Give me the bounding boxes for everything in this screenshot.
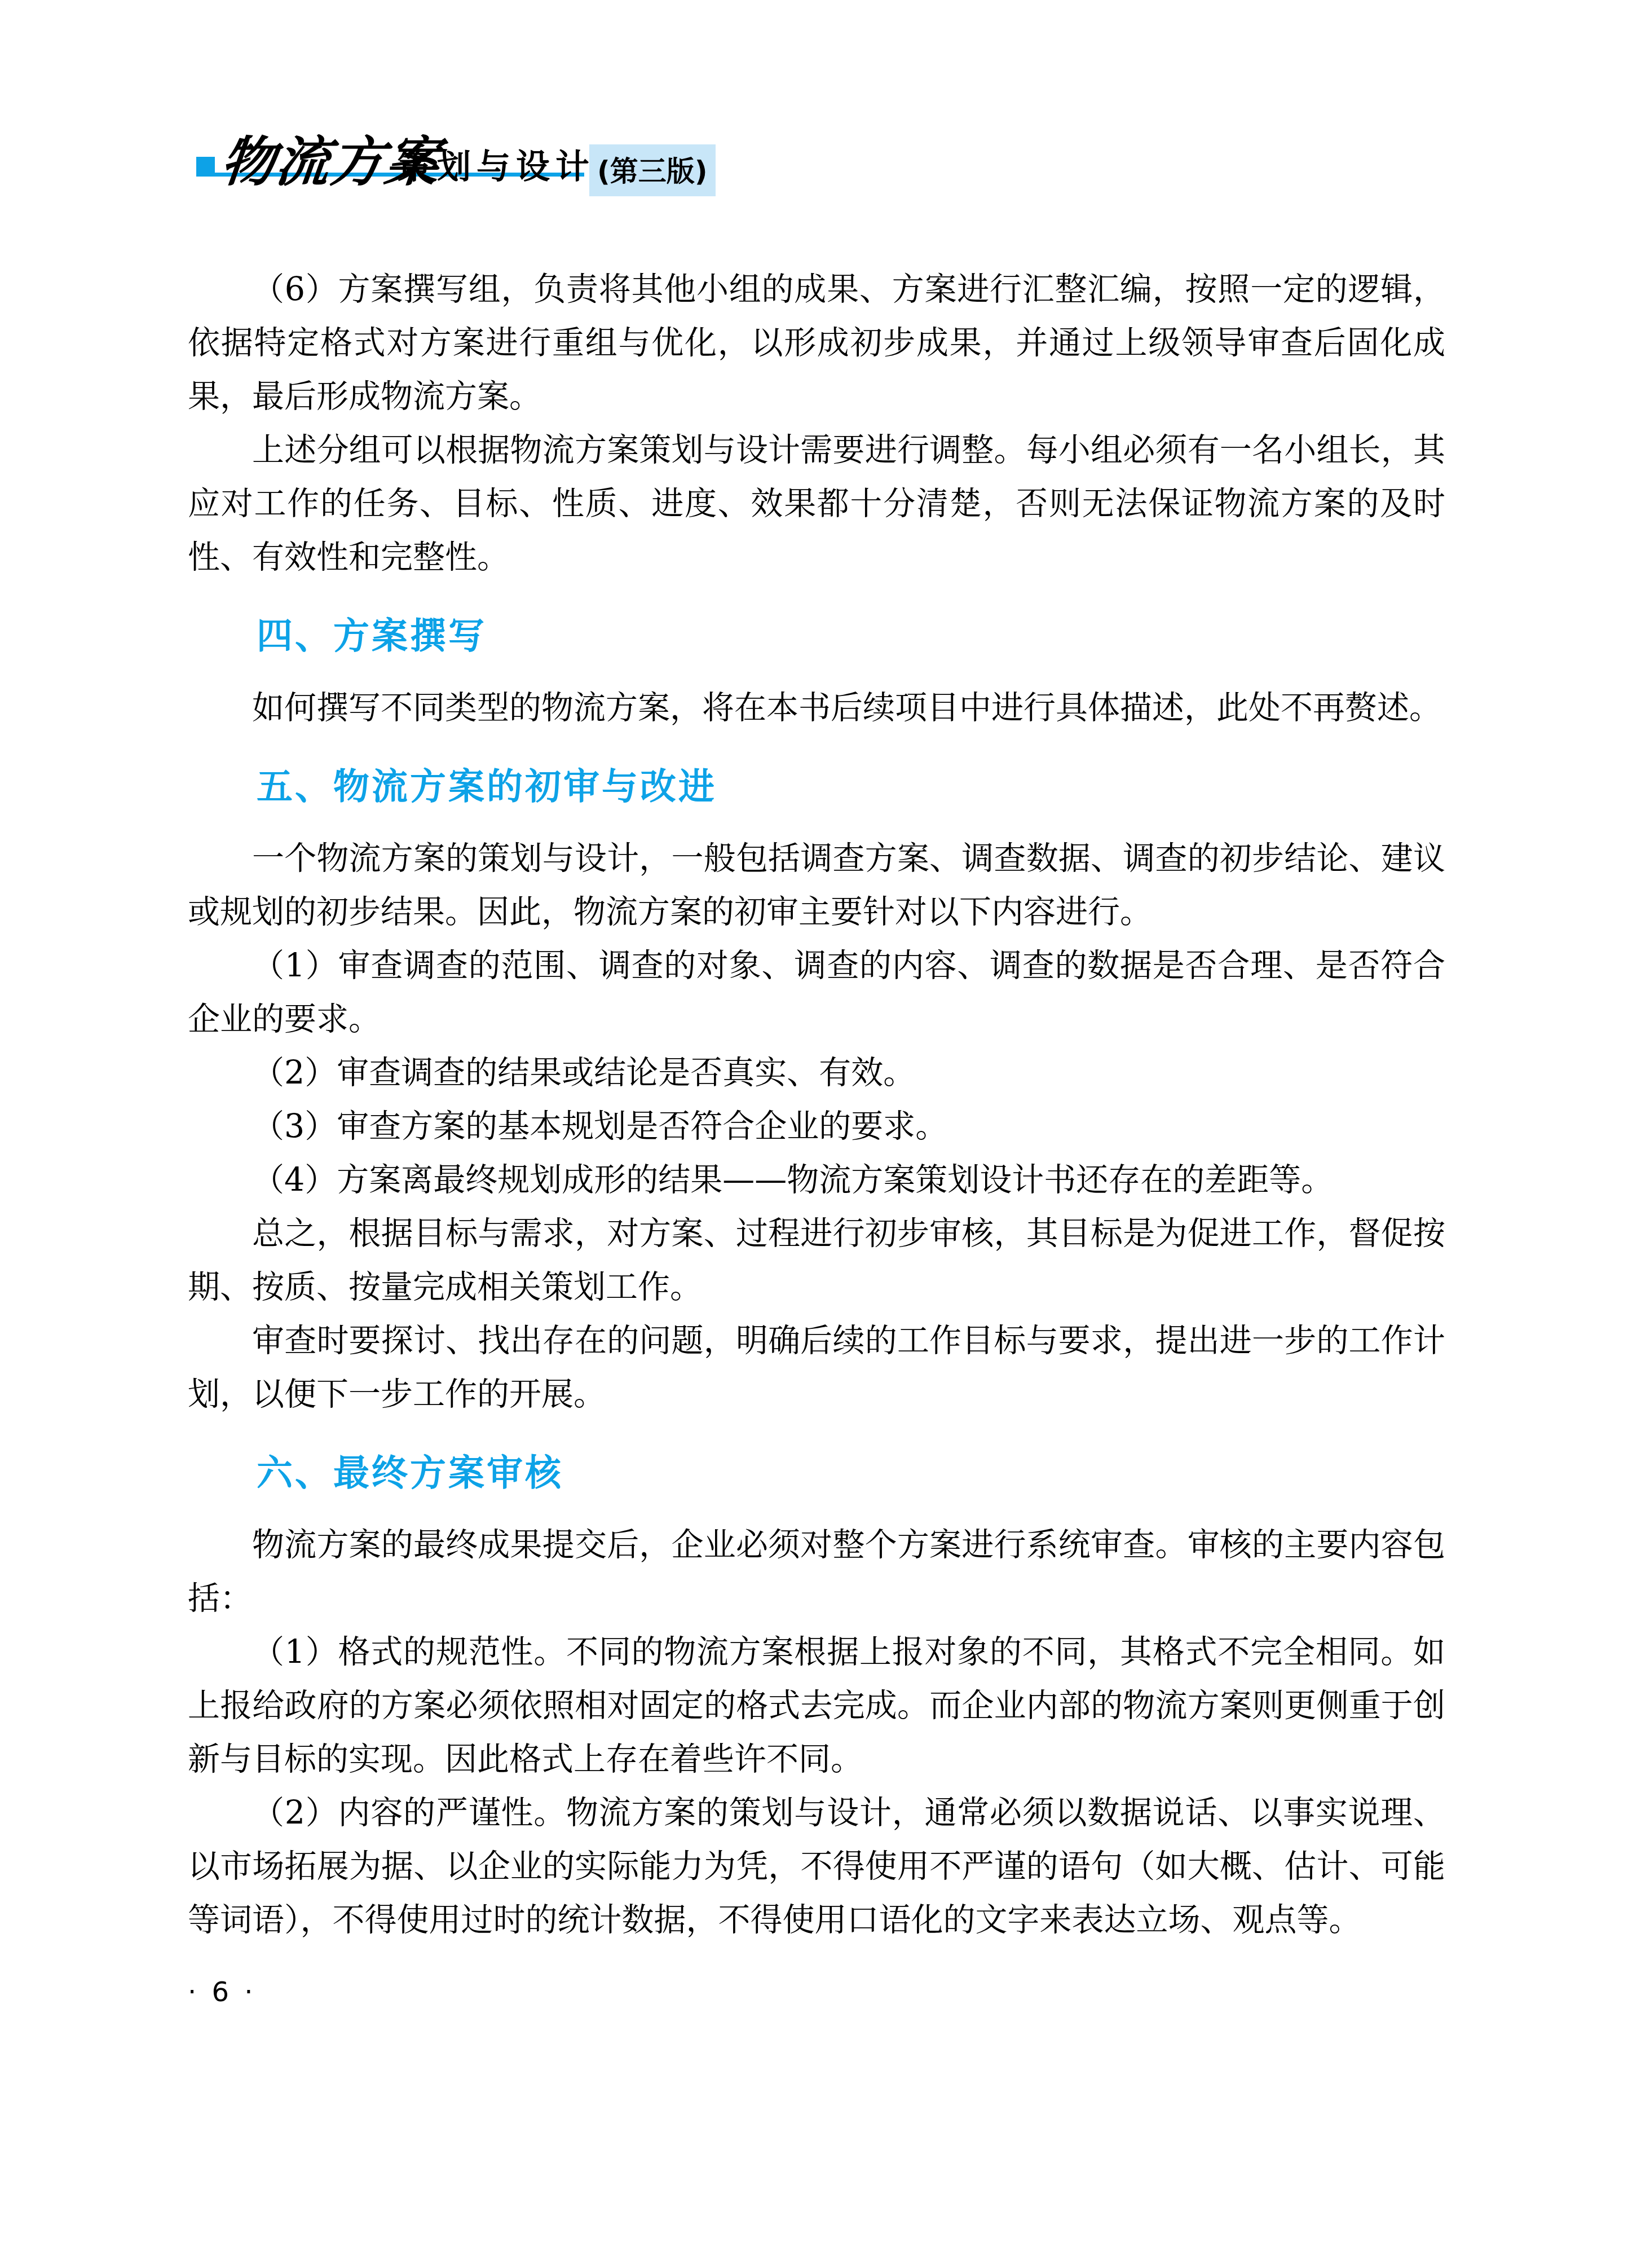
logo-subtitle: 策划与设计 bbox=[398, 140, 595, 188]
list-item-4: （4）方案离最终规划成形的结果——物流方案策划设计书还存在的差距等。 bbox=[188, 1153, 1445, 1207]
paragraph-initial-review: 一个物流方案的策划与设计，一般包括调查方案、调查数据、调查的初步结论、建议或规划… bbox=[188, 832, 1445, 939]
paragraph-final-review: 物流方案的最终成果提交后，企业必须对整个方案进行系统审查。审核的主要内容包括： bbox=[188, 1518, 1445, 1626]
paragraph-writing-note: 如何撰写不同类型的物流方案，将在本书后续项目中进行具体描述，此处不再赘述。 bbox=[188, 681, 1445, 735]
section-heading-6: 六、最终方案审核 bbox=[257, 1453, 1445, 1494]
list-item-2: （2）审查调查的结果或结论是否真实、有效。 bbox=[188, 1046, 1445, 1100]
edition-badge: (第三版) bbox=[589, 144, 716, 196]
page-number: · 6 · bbox=[188, 1976, 257, 2008]
paragraph-writing-group: （6）方案撰写组，负责将其他小组的成果、方案进行汇整汇编，按照一定的逻辑，依据特… bbox=[188, 263, 1445, 424]
paragraph-group-adjustment: 上述分组可以根据物流方案策划与设计需要进行调整。每小组必须有一名小组长，其应对工… bbox=[188, 424, 1445, 584]
final-list-item-2: （2）内容的严谨性。物流方案的策划与设计，通常必须以数据说话、以事实说理、以市场… bbox=[188, 1786, 1445, 1947]
final-list-item-1: （1）格式的规范性。不同的物流方案根据上报对象的不同，其格式不完全相同。如上报给… bbox=[188, 1626, 1445, 1786]
paragraph-review-discussion: 审查时要探讨、找出存在的问题，明确后续的工作目标与要求，提出进一步的工作计划，以… bbox=[188, 1314, 1445, 1421]
page-header: 物流方案 策划与设计 (第三版) bbox=[188, 130, 1445, 196]
list-item-3: （3）审查方案的基本规划是否符合企业的要求。 bbox=[188, 1100, 1445, 1153]
list-item-1: （1）审查调查的范围、调查的对象、调查的内容、调查的数据是否合理、是否符合企业的… bbox=[188, 939, 1445, 1046]
section-heading-5: 五、物流方案的初审与改进 bbox=[257, 767, 1445, 807]
section-heading-4: 四、方案撰写 bbox=[257, 616, 1445, 657]
book-page: 物流方案 策划与设计 (第三版) （6）方案撰写组，负责将其他小组的成果、方案进… bbox=[0, 0, 1628, 2268]
paragraph-summary: 总之，根据目标与需求，对方案、过程进行初步审核，其目标是为促进工作，督促按期、按… bbox=[188, 1207, 1445, 1314]
page-footer: · 6 · bbox=[188, 1976, 1445, 2008]
page-body: （6）方案撰写组，负责将其他小组的成果、方案进行汇整汇编，按照一定的逻辑，依据特… bbox=[188, 263, 1445, 1947]
